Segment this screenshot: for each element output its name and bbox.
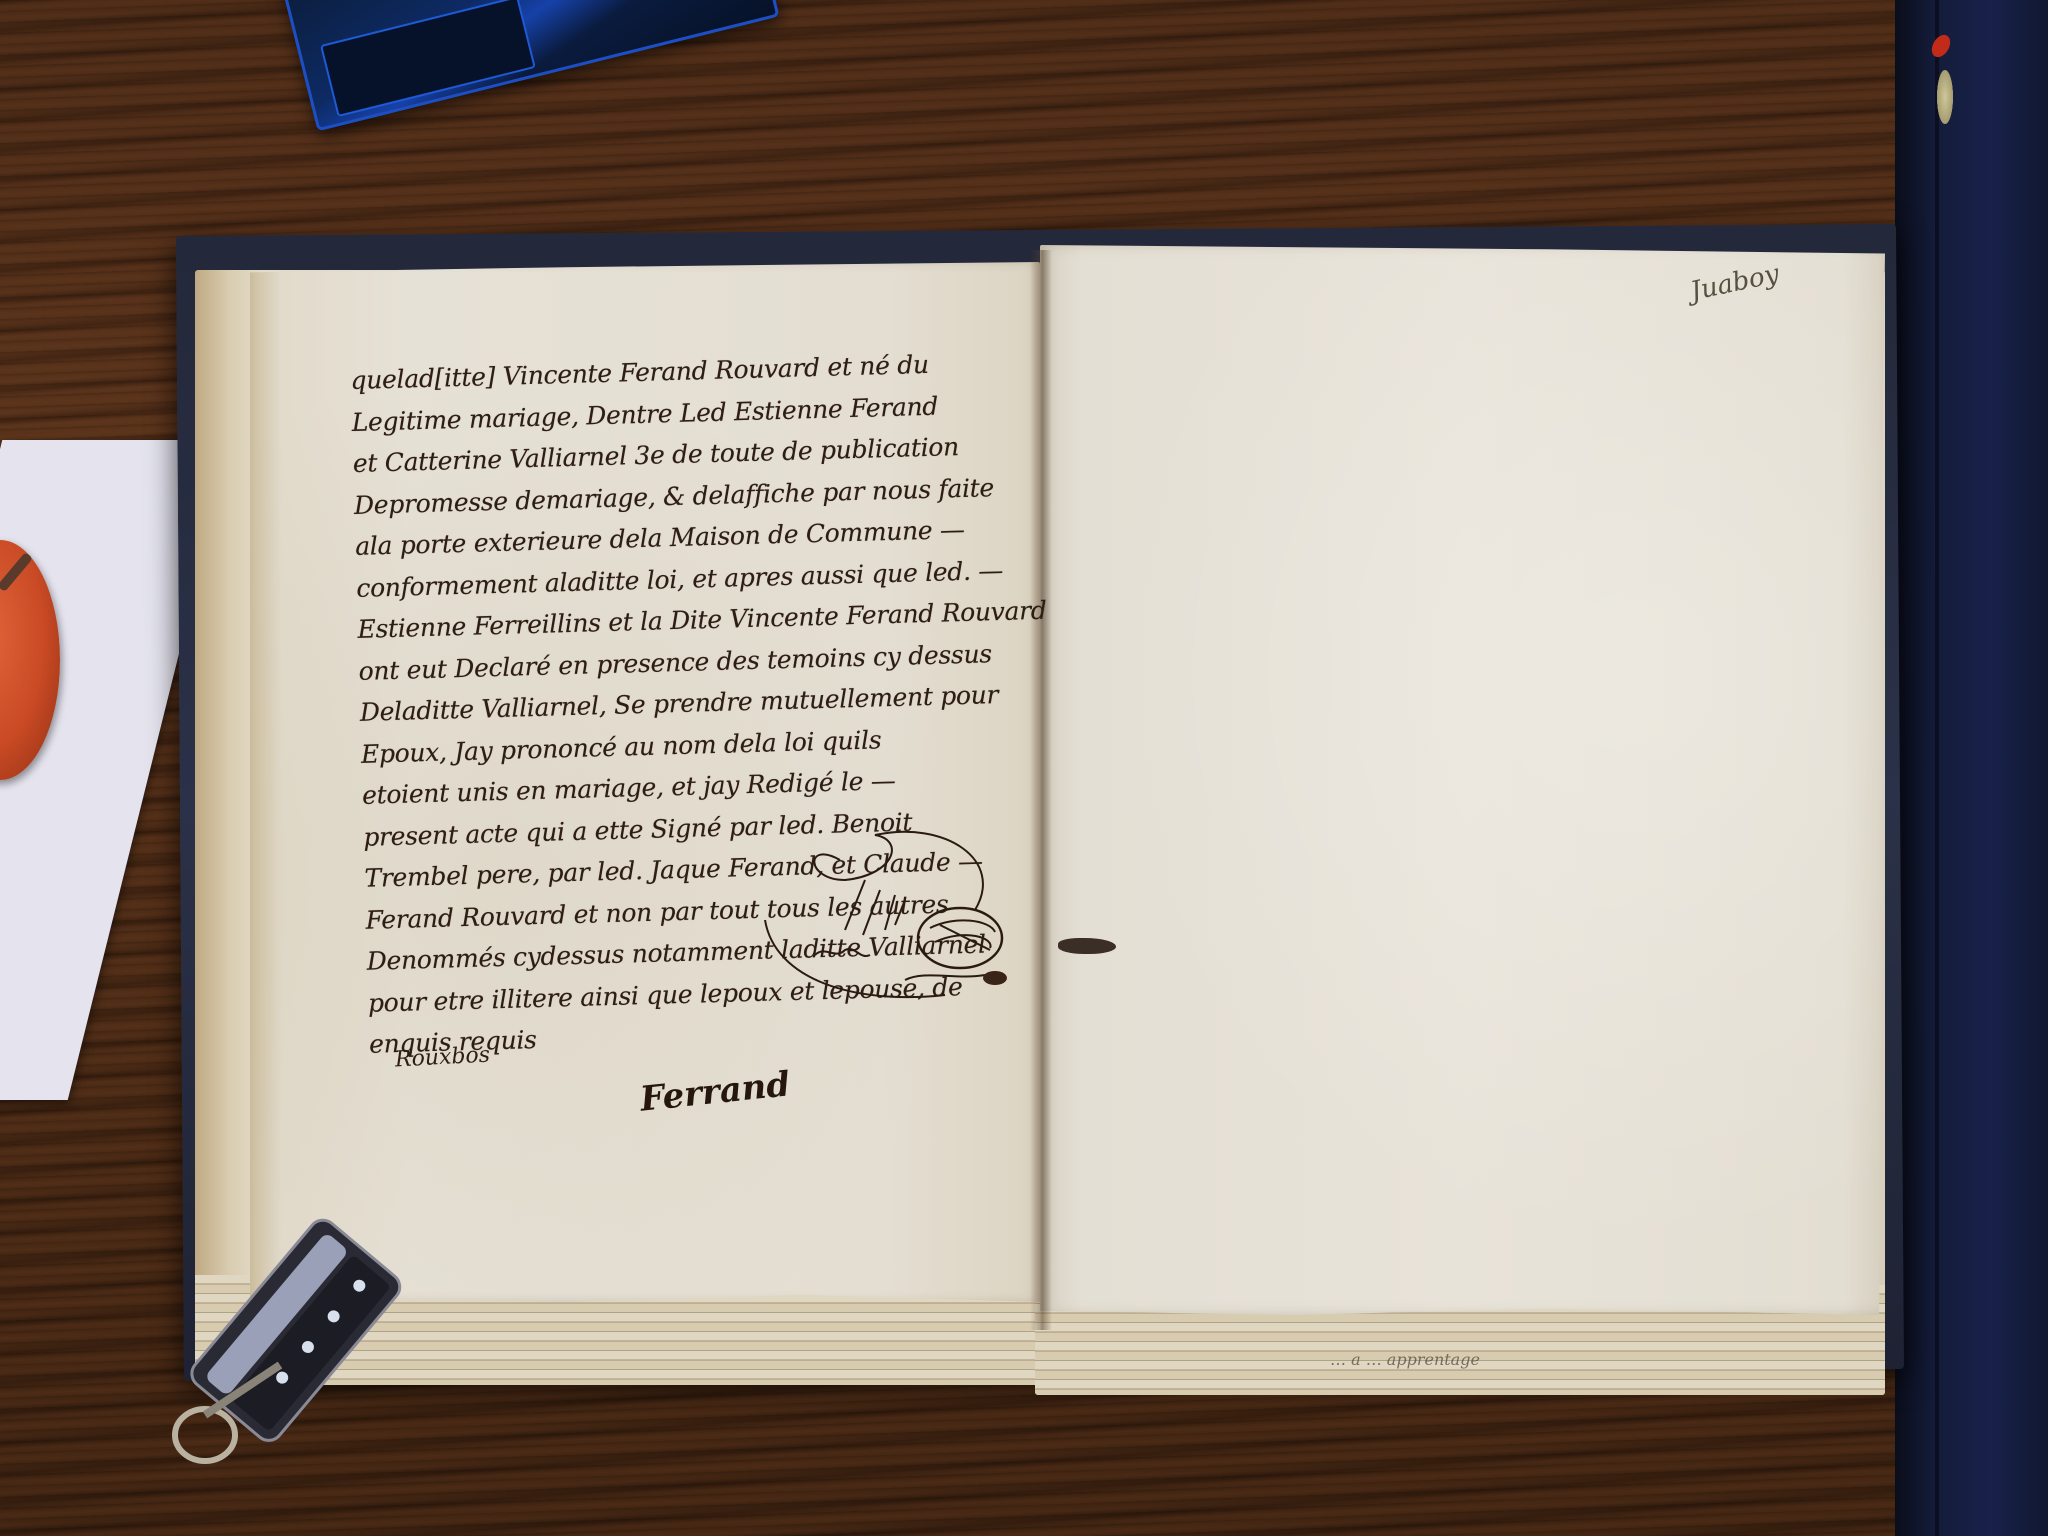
zipper-pull-icon <box>0 552 33 592</box>
embroidery-red-dot <box>1928 32 1954 61</box>
embroidery-cream-motif <box>1937 70 1953 124</box>
right-page <box>1040 245 1885 1315</box>
flourish-signature-icon <box>745 820 1045 1010</box>
ink-blot <box>1058 938 1116 954</box>
binder-clip-icon <box>160 1215 420 1475</box>
navy-cloth <box>1895 0 2048 1536</box>
page-edge-note: … a … apprentage <box>1330 1350 1480 1369</box>
cloth-fold <box>1935 0 1939 1536</box>
margin-note: Rouxbos <box>394 1043 490 1073</box>
